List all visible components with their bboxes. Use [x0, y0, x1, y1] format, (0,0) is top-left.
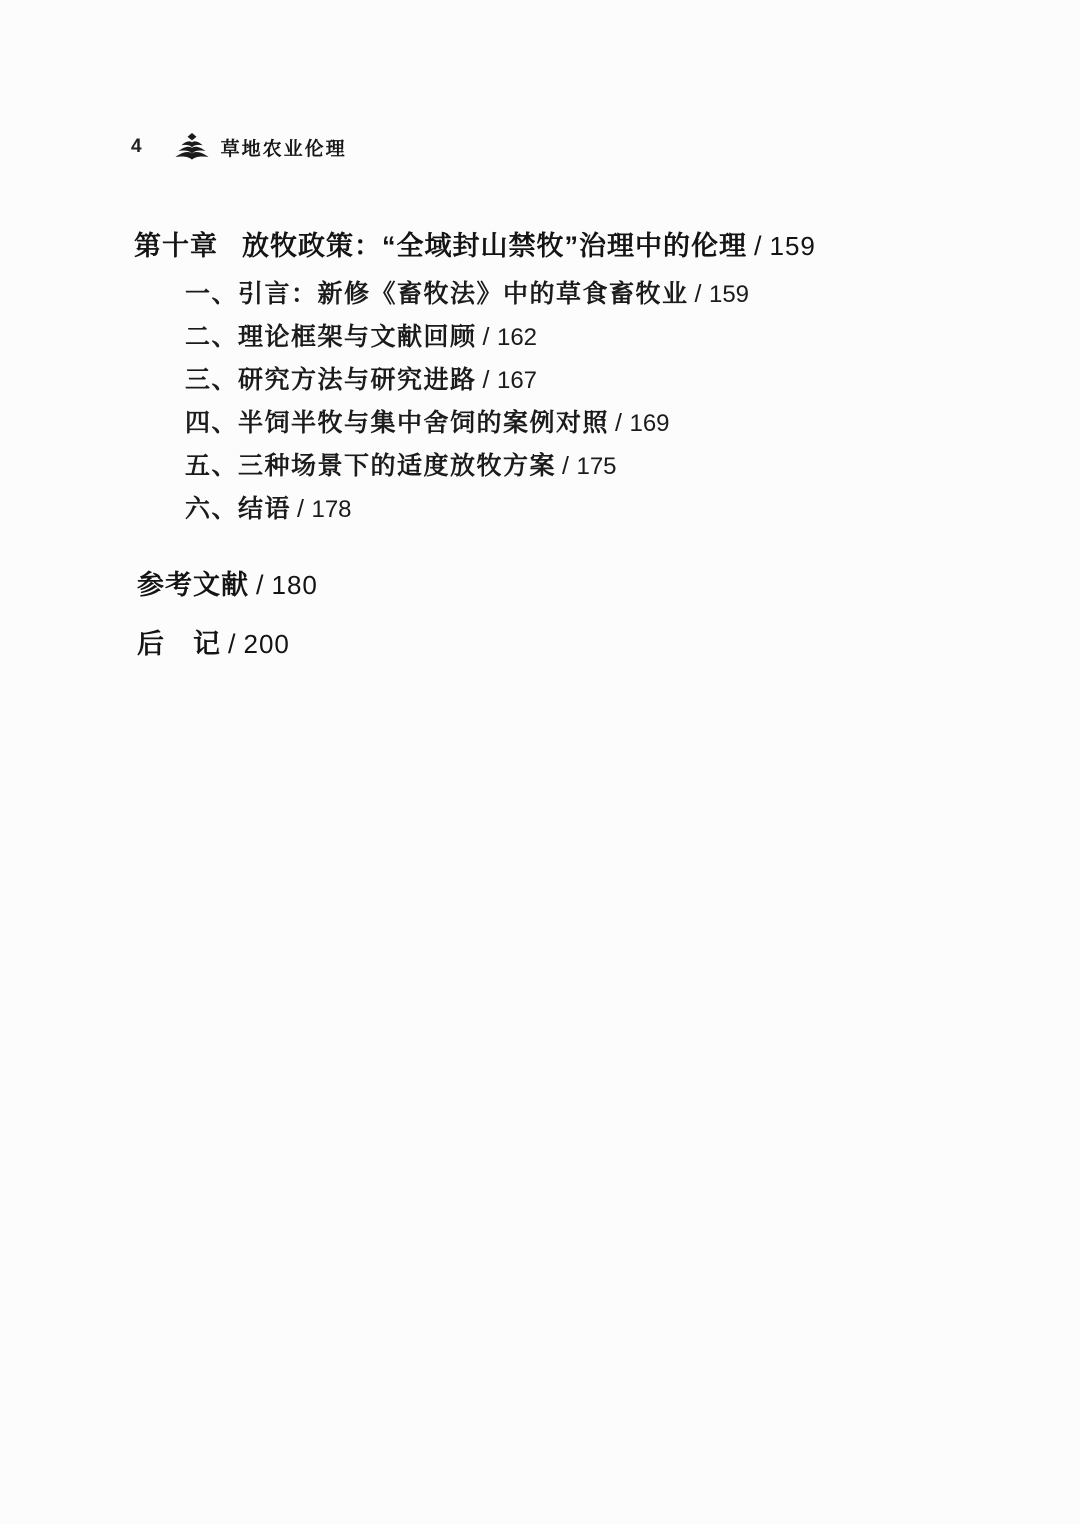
section-page-number: 169: [629, 410, 669, 437]
chapter-page-number: 159: [770, 231, 816, 261]
toc-section-entry: 二、理论框架与文献回顾/162: [185, 315, 749, 358]
page-separator: /: [483, 323, 491, 351]
toc-section-entry: 五、三种场景下的适度放牧方案/175: [185, 444, 749, 487]
section-page-number: 175: [576, 453, 616, 480]
section-page-number: 178: [311, 496, 351, 523]
book-title: 草地农业伦理: [221, 134, 347, 161]
section-title: 三种场景下的适度放牧方案: [238, 451, 556, 480]
toc-section-entry: 六、结语/178: [185, 487, 749, 530]
section-number: 五、: [185, 451, 238, 480]
section-number: 六、: [185, 494, 238, 523]
page-separator: /: [754, 231, 763, 261]
page-separator: /: [297, 495, 305, 523]
stacked-book-leaves-icon: [175, 133, 209, 161]
page-separator: /: [228, 629, 237, 659]
section-number: 一、: [185, 279, 238, 308]
toc-section-entry: 三、研究方法与研究进路/167: [185, 358, 749, 401]
toc-chapter-entry: 第十章放牧政策：“全域封山禁牧”治理中的伦理/159: [134, 224, 816, 263]
section-title: 研究方法与研究进路: [238, 365, 477, 394]
page-separator: /: [695, 280, 703, 308]
references-title: 参考文献: [137, 570, 249, 600]
postscript-page-number: 200: [244, 629, 290, 659]
section-title: 半饲半牧与集中舍饲的案例对照: [238, 408, 609, 437]
section-page-number: 167: [497, 367, 537, 394]
chapter-title: 放牧政策：“全域封山禁牧”治理中的伦理: [242, 231, 747, 261]
section-title: 引言：新修《畜牧法》中的草食畜牧业: [238, 279, 689, 308]
section-title: 结语: [238, 494, 291, 523]
section-number: 二、: [185, 322, 238, 351]
toc-postscript-entry: 后 记/200: [137, 622, 290, 661]
postscript-title: 后 记: [137, 629, 221, 659]
running-head: 4 草地农业伦理: [131, 133, 347, 161]
book-toc-page: 4 草地农业伦理 第十章放牧政策：“全域封山禁牧”治理中的伦理/159 一、引言…: [0, 0, 1080, 1524]
toc-section-entry: 四、半饲半牧与集中舍饲的案例对照/169: [185, 401, 749, 444]
page-separator: /: [256, 570, 265, 600]
page-separator: /: [483, 366, 491, 394]
toc-section-list: 一、引言：新修《畜牧法》中的草食畜牧业/159 二、理论框架与文献回顾/162 …: [185, 272, 749, 530]
toc-references-entry: 参考文献/180: [137, 563, 318, 602]
section-page-number: 162: [497, 324, 537, 351]
chapter-label: 第十章: [134, 231, 218, 261]
section-number: 四、: [185, 408, 238, 437]
section-number: 三、: [185, 365, 238, 394]
page-number: 4: [131, 136, 142, 158]
page-separator: /: [562, 452, 570, 480]
page-separator: /: [615, 409, 623, 437]
section-title: 理论框架与文献回顾: [238, 322, 477, 351]
section-page-number: 159: [709, 281, 749, 308]
references-page-number: 180: [272, 570, 318, 600]
toc-section-entry: 一、引言：新修《畜牧法》中的草食畜牧业/159: [185, 272, 749, 315]
